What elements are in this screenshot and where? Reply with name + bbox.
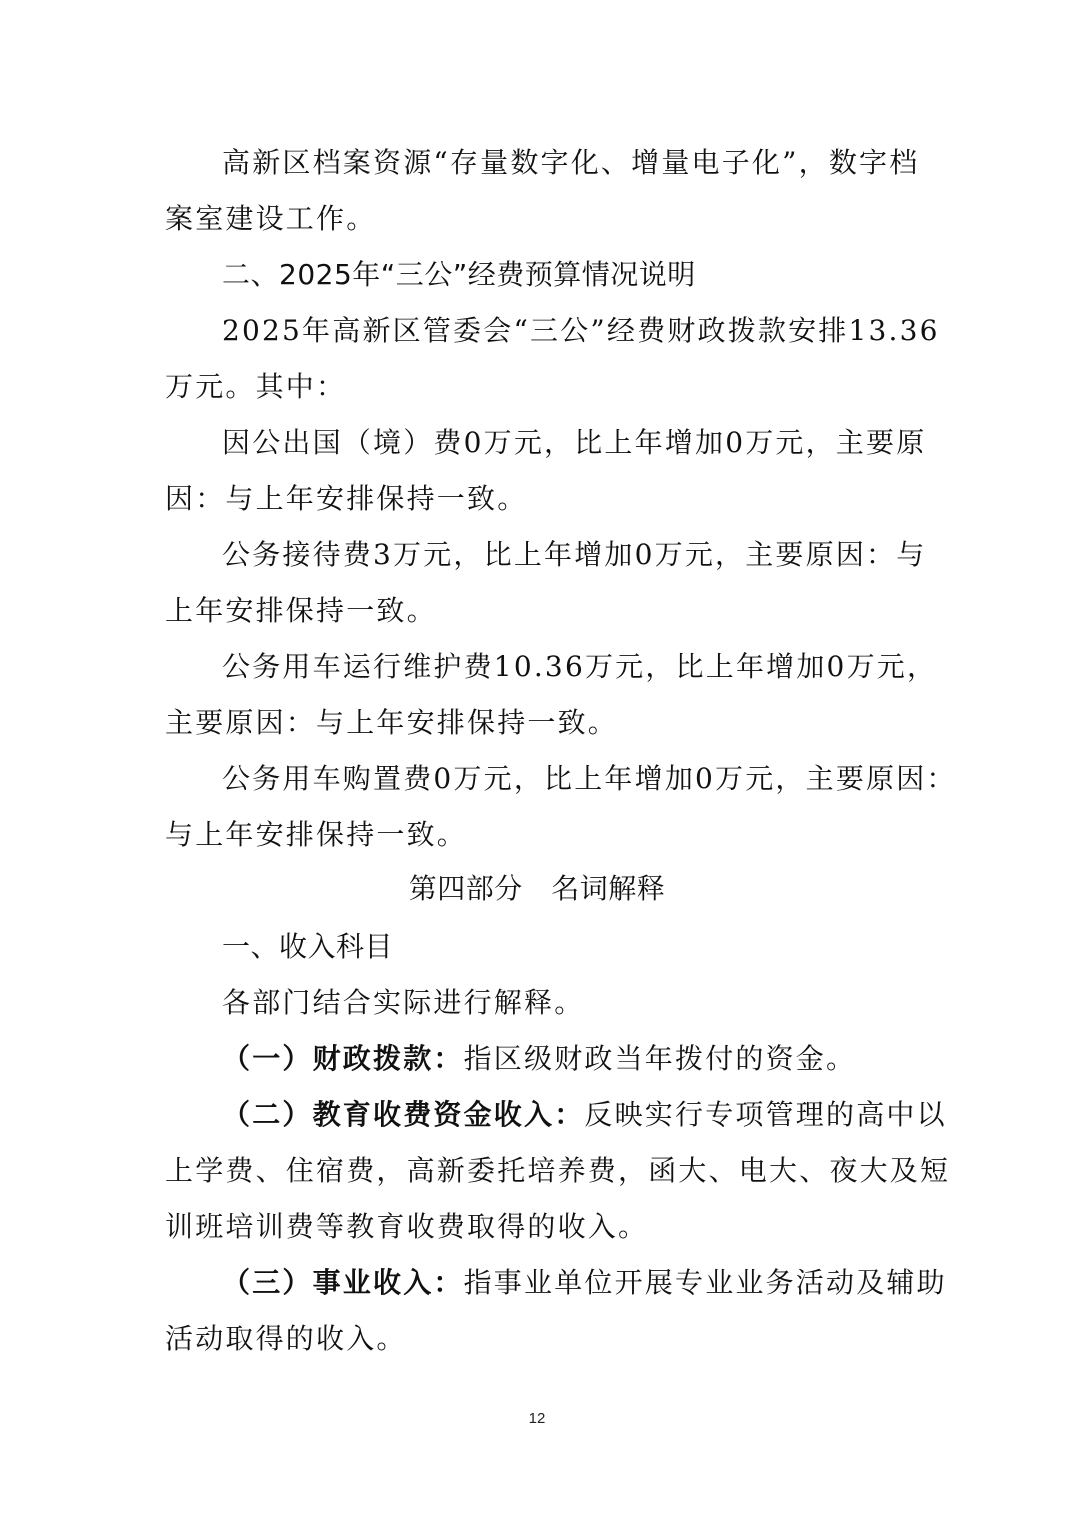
term-definition: （一）财政拨款：指区级财政当年拨付的资金。 (222, 1039, 972, 1079)
paragraph-line: 活动取得的收入。 (165, 1319, 915, 1359)
term-label: （二）教育收费资金收入： (222, 1098, 584, 1131)
paragraph-line: 各部门结合实际进行解释。 (222, 983, 972, 1023)
part-title: 第四部分 名词解释 (0, 869, 1074, 909)
term-label: （一）财政拨款： (222, 1042, 464, 1075)
page-number: 12 (0, 1410, 1074, 1427)
paragraph-line: 训班培训费等教育收费取得的收入。 (165, 1207, 915, 1247)
term-text: 反映实行专项管理的高中以 (584, 1098, 946, 1131)
term-definition: （二）教育收费资金收入：反映实行专项管理的高中以 (222, 1095, 972, 1135)
term-text: 指事业单位开展专业业务活动及辅助 (464, 1266, 947, 1299)
term-definition: （三）事业收入：指事业单位开展专业业务活动及辅助 (222, 1263, 972, 1303)
paragraph-line: 2025年高新区管委会“三公”经费财政拨款安排13.36 (222, 311, 972, 351)
paragraph-line: 上学费、住宿费，高新委托培养费，函大、电大、夜大及短 (165, 1151, 915, 1191)
paragraph-line: 公务用车运行维护费10.36万元，比上年增加0万元， (222, 647, 972, 687)
subsection-heading: 一、收入科目 (222, 927, 972, 967)
term-label: （三）事业收入： (222, 1266, 464, 1299)
paragraph-line: 公务用车购置费0万元，比上年增加0万元，主要原因： (222, 759, 972, 799)
paragraph-line: 公务接待费3万元，比上年增加0万元，主要原因：与 (222, 535, 972, 575)
paragraph-line: 主要原因：与上年安排保持一致。 (165, 703, 915, 743)
document-page: 高新区档案资源“存量数字化、增量电子化”，数字档 案室建设工作。 二、2025年… (0, 0, 1074, 1520)
term-text: 指区级财政当年拨付的资金。 (464, 1042, 857, 1075)
paragraph-line: 案室建设工作。 (165, 199, 915, 239)
paragraph-line: 高新区档案资源“存量数字化、增量电子化”，数字档 (222, 143, 972, 183)
section-heading: 二、2025年“三公”经费预算情况说明 (222, 255, 972, 295)
paragraph-line: 万元。其中： (165, 367, 915, 407)
paragraph-line: 上年安排保持一致。 (165, 591, 915, 631)
paragraph-line: 与上年安排保持一致。 (165, 815, 915, 855)
paragraph-line: 因公出国（境）费0万元，比上年增加0万元，主要原 (222, 423, 972, 463)
paragraph-line: 因：与上年安排保持一致。 (165, 479, 915, 519)
